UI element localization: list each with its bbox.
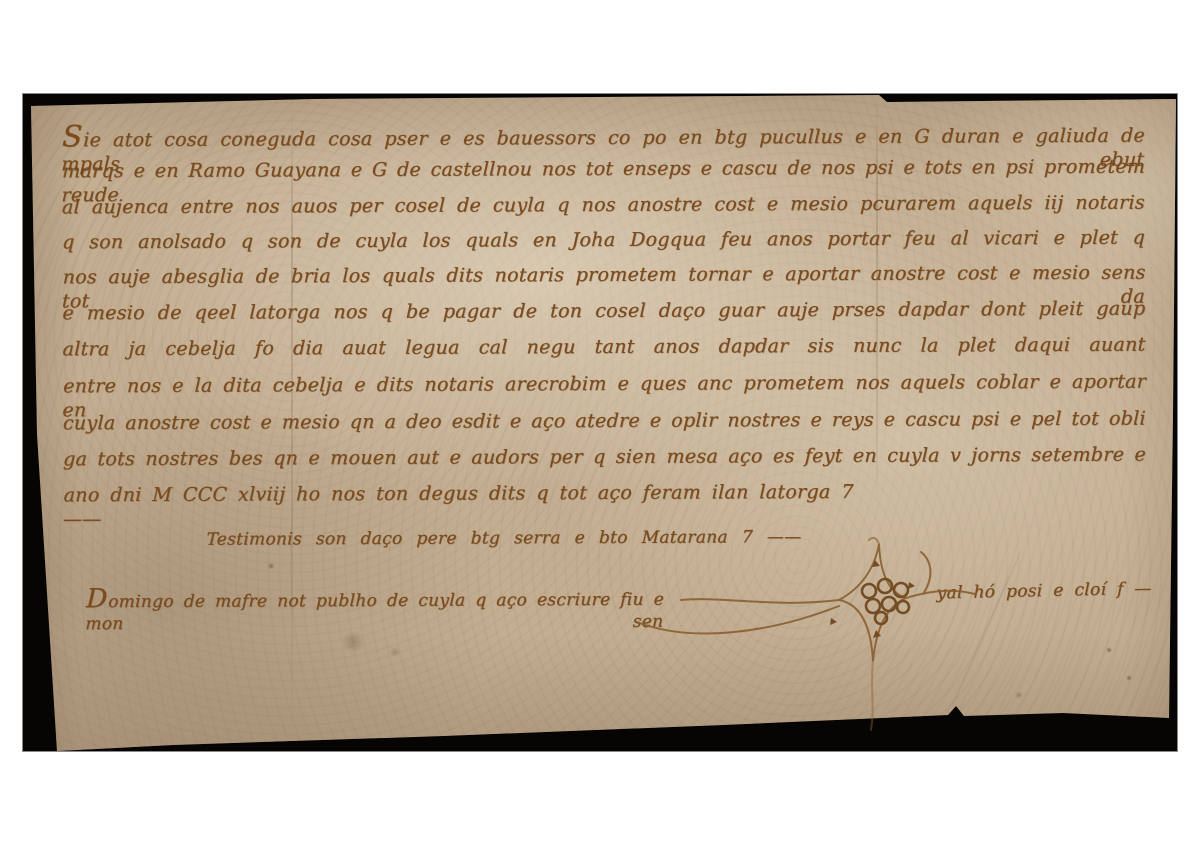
notary-subscription-line: Domingo de mafre not publho de cuyla q a… <box>85 586 664 636</box>
text-line: cuyla anostre cost e mesio qn a deo esdi… <box>63 407 1147 436</box>
text-line: ga tots nostres bes qn e mouen aut e aud… <box>63 443 1147 472</box>
text-line: altra ja cebelja fo dia auat legua cal n… <box>62 333 1146 362</box>
text-line: q son anolsado q son de cuyla los quals … <box>62 226 1146 255</box>
text-line: al aujenca entre nos auos per cosel de c… <box>62 191 1146 220</box>
page-background: Sie atot cosa coneguda cosa pser e es ba… <box>0 0 1200 848</box>
text-line: ano dni M CCC xlviij ho nos ton degus di… <box>63 480 854 531</box>
text-line: e mesio de qeel latorga nos q be pagar d… <box>62 297 1146 326</box>
manuscript-photo: Sie atot cosa coneguda cosa pser e es ba… <box>22 93 1178 752</box>
notarial-sign-icon <box>623 534 1083 744</box>
